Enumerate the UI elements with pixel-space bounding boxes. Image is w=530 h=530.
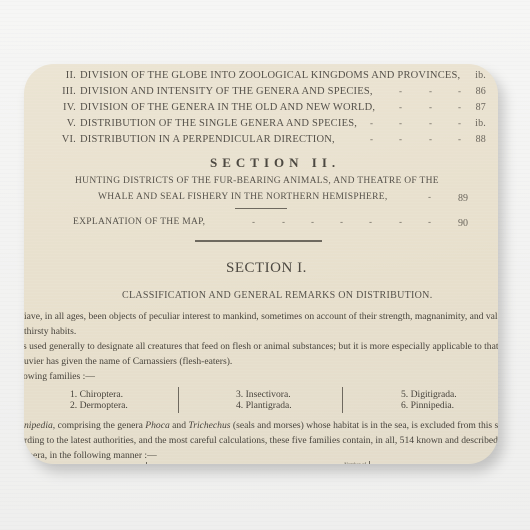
family-item: 4. Plantigrada. <box>236 400 292 411</box>
toc-page: 86 <box>476 86 486 97</box>
explanation-page: 90 <box>458 218 468 229</box>
table-col-header: Number of Species. <box>342 463 366 464</box>
body-line: iave, in all ages, been objects of pecul… <box>24 311 498 322</box>
explanation-title: EXPLANATION OF THE MAP, <box>73 217 205 227</box>
toc-roman: II. <box>54 70 76 81</box>
toc-title: DIVISION OF THE GENERA IN THE OLD AND NE… <box>80 102 375 113</box>
genus-name: Trichechus <box>188 420 230 431</box>
leader: - <box>429 118 432 128</box>
column-separator <box>342 387 343 413</box>
family-item: 5. Digitigrada. <box>401 389 457 400</box>
family-column-1: 1. Chiroptera. 2. Dermoptera. <box>70 389 128 411</box>
toc-entry: VI.DISTRIBUTION IN A PERPENDICULAR DIREC… <box>54 134 474 145</box>
table-separator <box>369 461 370 464</box>
toc-entry: IV.DIVISION OF THE GENERA IN THE OLD AND… <box>54 102 474 113</box>
section-i-subheading: CLASSIFICATION AND GENERAL REMARKS ON DI… <box>122 290 433 301</box>
family-column-3: 5. Digitigrada. 6. Pinnipedia. <box>401 389 457 411</box>
leader: - <box>399 118 402 128</box>
leader: - <box>399 86 402 96</box>
section-divider <box>195 240 322 242</box>
column-separator <box>178 387 179 413</box>
body-line: nipedia, comprising the genera Phoca and… <box>24 420 498 431</box>
text-run: (seals and morses) whose habitat is in t… <box>231 420 498 431</box>
leader: - <box>399 102 402 112</box>
section-ii-page: 89 <box>458 193 468 204</box>
toc-roman: VI. <box>54 134 76 145</box>
mousepad-document: II.DIVISION OF THE GLOBE INTO ZOOLOGICAL… <box>24 64 498 464</box>
leader: - <box>428 218 431 228</box>
family-item: 2. Dermoptera. <box>70 400 128 411</box>
toc-page: 87 <box>476 102 486 113</box>
body-line: enera, in the following manner :— <box>24 450 157 461</box>
section-ii-heading: SECTION II. <box>210 155 340 171</box>
toc-title: DISTRIBUTION OF THE SINGLE GENERA AND SP… <box>80 118 357 129</box>
leader: - <box>429 86 432 96</box>
italic-term: nipedia <box>24 420 53 431</box>
body-line: owing families :— <box>24 371 95 382</box>
leader: - <box>311 218 314 228</box>
text-run: , comprising the genera <box>53 420 145 431</box>
leader: - <box>429 134 432 144</box>
toc-roman: V. <box>54 118 76 129</box>
leader: - <box>399 218 402 228</box>
body-line: s used generally to designate all creatu… <box>24 341 498 352</box>
leader: - <box>458 134 461 144</box>
leader: - <box>340 218 343 228</box>
toc-page: 88 <box>476 134 486 145</box>
leader: - <box>370 118 373 128</box>
leader: - <box>369 218 372 228</box>
toc-entry: II.DIVISION OF THE GLOBE INTO ZOOLOGICAL… <box>54 70 474 81</box>
toc-title: DIVISION AND INTENSITY OF THE GENERA AND… <box>80 86 373 97</box>
toc-page: ib. <box>475 118 486 129</box>
leader: - <box>252 218 255 228</box>
leader: - <box>370 134 373 144</box>
section-ii-line2: WHALE AND SEAL FISHERY IN THE NORTHERN H… <box>98 192 388 202</box>
toc-title: DIVISION OF THE GLOBE INTO ZOOLOGICAL KI… <box>80 70 460 81</box>
leader: - <box>282 218 285 228</box>
toc-entry: V.DISTRIBUTION OF THE SINGLE GENERA AND … <box>54 118 474 129</box>
leader: - <box>458 86 461 96</box>
genus-name: Phoca <box>145 420 170 431</box>
leader: - <box>399 134 402 144</box>
family-item: 6. Pinnipedia. <box>401 400 457 411</box>
leader: - <box>429 102 432 112</box>
section-ii-line1: HUNTING DISTRICTS OF THE FUR-BEARING ANI… <box>75 176 439 186</box>
family-item: 3. Insectivora. <box>236 389 292 400</box>
toc-entry: III.DIVISION AND INTENSITY OF THE GENERA… <box>54 86 474 97</box>
body-line: rding to the latest authorities, and the… <box>24 435 498 446</box>
leader: - <box>458 118 461 128</box>
family-item: 1. Chiroptera. <box>70 389 128 400</box>
toc-roman: IV. <box>54 102 76 113</box>
family-column-2: 3. Insectivora. 4. Plantigrada. <box>236 389 292 411</box>
short-divider <box>235 208 287 209</box>
body-line: thirsty habits. <box>24 326 76 337</box>
text-run: and <box>170 420 189 431</box>
toc-title: DISTRIBUTION IN A PERPENDICULAR DIRECTIO… <box>80 134 335 145</box>
leader: - <box>458 102 461 112</box>
leader: - <box>428 193 431 203</box>
toc-roman: III. <box>54 86 76 97</box>
table-separator <box>146 462 147 464</box>
body-line: uvier has given the name of Carnassiers … <box>24 356 232 367</box>
toc-page: ib. <box>475 70 486 81</box>
section-i-heading: SECTION I. <box>226 260 307 277</box>
